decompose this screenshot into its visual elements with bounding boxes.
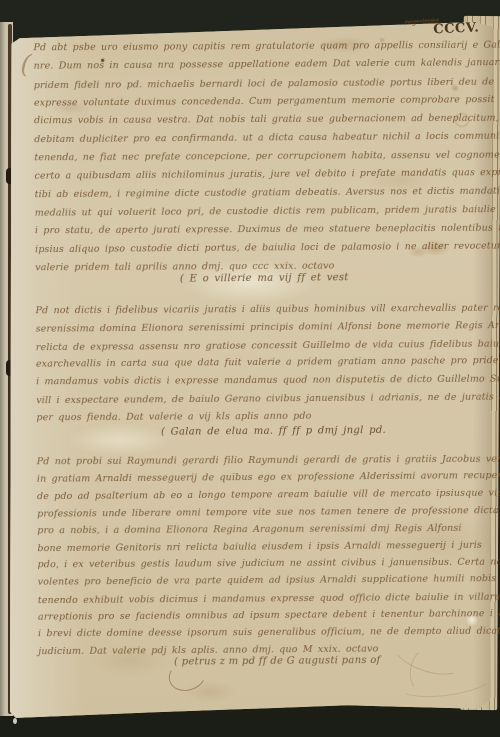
- ink-dot: [101, 59, 104, 62]
- manuscript-line: dicimus vobis in causa vestra. Dat nobis…: [34, 110, 464, 131]
- entry-block-2: Pd not dictis i fidelibus vicariis jurat…: [35, 299, 466, 427]
- manuscript-line: pridem fideli nro pd. michaelis bernardi…: [34, 73, 464, 95]
- manuscript-line: Pd not dictis i fidelibus vicariis jurat…: [35, 300, 465, 320]
- margin-flourish: (: [19, 49, 32, 80]
- folio-number: CCCV.: [433, 20, 479, 37]
- rubric-1: ( E o villerie ma vij ff et vest: [139, 272, 389, 285]
- manuscript-line: Pd abt psbe uro eiusmo pony capitis rem …: [33, 37, 463, 58]
- manuscript-line: tibi ab eisdem, i regimine dicte custodi…: [35, 183, 465, 205]
- manuscript-line: i mandamus vobis dictis i expresse manda…: [36, 371, 466, 391]
- manuscript-line: i pro statu, de aperto jurati expresse. …: [35, 220, 465, 241]
- entry-block-1: Pd abt psbe uro eiusmo pony capitis rem …: [33, 36, 465, 277]
- dust-speck: [13, 718, 17, 724]
- rubric-2: ( Galan de elua ma. ff ff p dmj jngl pd.: [148, 425, 398, 438]
- manuscript-line: per quos fienda. Dat valerie a vij kls a…: [36, 407, 466, 427]
- manuscript-line: Pd not probi sui Raymundi gerardi filio …: [37, 451, 467, 471]
- manuscript-line: tenenda, ne fiat nec prefate concepcione…: [34, 147, 464, 168]
- manuscript-line: tenendo exhibuit vobis dicimus i mandamu…: [38, 588, 468, 609]
- manuscript-line: relicta de expressa assensu nro gratiose…: [36, 335, 466, 356]
- manuscript-line: pro a nobis, i a domina Elionora Regina …: [37, 519, 467, 539]
- manuscript-line: de pdo ad psalterium ab eo a longo tempo…: [37, 485, 467, 506]
- manuscript-photo: registrata CCCV. ( Pd abt psbe uro eiusm…: [0, 0, 500, 737]
- entry-block-3: Pd not probi sui Raymundi gerardi filio …: [37, 450, 469, 660]
- manuscript-line: pdo, i ex veteribus gestis laudum sive j…: [37, 554, 467, 574]
- handwriting-layer: registrata CCCV. ( Pd abt psbe uro eiusm…: [0, 0, 500, 737]
